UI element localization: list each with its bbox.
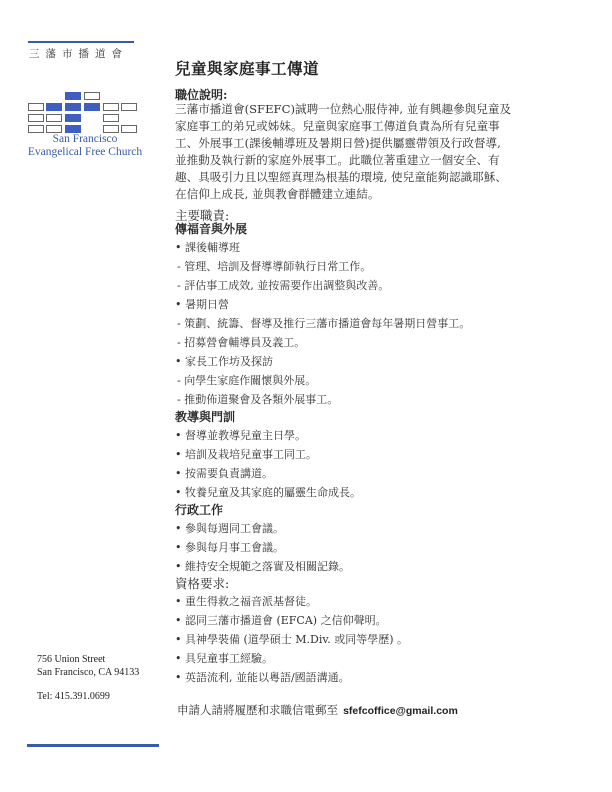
church-address: 756 Union Street San Francisco, CA 94133…	[37, 654, 139, 704]
bullet-item: • 維持安全規範之落實及相關記錄。	[175, 557, 575, 576]
bullet-item: • 暑期日營	[175, 295, 575, 314]
logo-block	[65, 125, 81, 133]
application-email-link[interactable]: sfefcoffice@gmail.com	[343, 705, 458, 717]
bullet-item: • 參與每週同工會議。	[175, 519, 575, 538]
responsibility-section-heading: 教導與門訓	[175, 409, 575, 426]
church-name-line2: Evangelical Free Church	[20, 146, 150, 159]
logo-block	[84, 103, 100, 111]
logo-block	[121, 125, 137, 133]
bottom-divider-rule	[27, 744, 159, 747]
description-line: 並推動及執行新的家庭外展事工。此職位著重建立一個安全、有	[175, 152, 565, 169]
logo-block	[103, 103, 119, 111]
qualification-item: • 具兒童事工經驗。	[175, 649, 575, 668]
bullet-item: • 家長工作坊及探訪	[175, 352, 575, 371]
logo-block	[84, 92, 100, 100]
church-name-line1: San Francisco	[20, 133, 150, 146]
application-instruction: 申請人請將履歷和求職信電郵至 sfefcoffice@gmail.com	[177, 699, 458, 718]
description-line: 家庭事工的弟兄或姊妹。兒童與家庭事工傳道負責為所有兒童事	[175, 118, 565, 135]
bullet-item: • 督導並教導兒童主日學。	[175, 426, 575, 445]
address-city: San Francisco, CA 94133	[37, 667, 139, 680]
logo-block	[103, 114, 119, 122]
bullet-item: • 參與每月事工會議。	[175, 538, 575, 557]
logo-block	[121, 103, 137, 111]
logo-block	[65, 114, 81, 122]
bullet-item: • 課後輔導班	[175, 238, 575, 257]
qualification-item: • 具神學裝備 (道學碩士 M.Div. 或同等學歷) 。	[175, 630, 575, 649]
logo-block	[103, 125, 119, 133]
page-title: 兒童與家庭事工傳道	[175, 57, 319, 79]
sub-item: - 推動佈道聚會及各類外展事工。	[175, 390, 575, 409]
logo-block	[65, 92, 81, 100]
sub-item: - 策劃、統籌、督導及推行三藩市播道會每年暑期日營事工。	[175, 314, 575, 333]
description-line: 趣、具吸引力且以聖經真理為根基的環境, 使兒童能夠認識耶穌、	[175, 169, 565, 186]
responsibility-section-heading: 傳福音與外展	[175, 221, 575, 238]
address-street: 756 Union Street	[37, 654, 139, 667]
qualification-item: • 認同三藩市播道會 (EFCA) 之信仰聲明。	[175, 611, 575, 630]
logo-block	[46, 114, 62, 122]
telephone: Tel: 415.391.0699	[37, 691, 139, 704]
logo-block	[28, 103, 44, 111]
qualifications-list: • 重生得救之福音派基督徒。• 認同三藩市播道會 (EFCA) 之信仰聲明。• …	[175, 592, 575, 687]
bullet-item: • 培訓及栽培兒童事工同工。	[175, 445, 575, 464]
church-name-english: San Francisco Evangelical Free Church	[20, 133, 150, 159]
bullet-item: • 牧養兒童及其家庭的屬靈生命成長。	[175, 483, 575, 502]
logo-block	[46, 125, 62, 133]
sub-item: - 管理、培訓及督導導師執行日常工作。	[175, 257, 575, 276]
logo-block	[46, 103, 62, 111]
bullet-item: • 按需要負責講道。	[175, 464, 575, 483]
church-name-chinese: 三藩市播道會	[29, 46, 128, 61]
church-logo	[28, 92, 140, 136]
top-divider-rule	[28, 41, 134, 43]
sub-item: - 評估事工成效, 並按需要作出調整與改善。	[175, 276, 575, 295]
responsibilities-list: 傳福音與外展• 課後輔導班 - 管理、培訓及督導導師執行日常工作。 - 評估事工…	[175, 221, 575, 576]
qualification-item: • 重生得救之福音派基督徒。	[175, 592, 575, 611]
logo-block	[65, 103, 81, 111]
description-line: 三藩市播道會(SFEFC)誠聘一位熱心服侍神, 並有興趣參與兒童及	[175, 101, 565, 118]
sub-item: - 向學生家庭作關懷與外展。	[175, 371, 575, 390]
logo-block	[28, 125, 44, 133]
logo-block	[28, 114, 44, 122]
application-text: 申請人請將履歷和求職信電郵至	[177, 703, 338, 717]
qualifications-heading: 資格要求:	[175, 574, 229, 592]
sub-item: - 招募營會輔導員及義工。	[175, 333, 575, 352]
responsibility-section-heading: 行政工作	[175, 502, 575, 519]
job-description-body: 三藩市播道會(SFEFC)誠聘一位熱心服侍神, 並有興趣參與兒童及家庭事工的弟兄…	[175, 101, 565, 203]
description-line: 在信仰上成長, 並與教會群體建立連結。	[175, 186, 565, 203]
description-line: 工、外展事工(課後輔導班及暑期日營)提供屬靈帶領及行政督導,	[175, 135, 565, 152]
qualification-item: • 英語流利, 並能以粵語/國語溝通。	[175, 668, 575, 687]
